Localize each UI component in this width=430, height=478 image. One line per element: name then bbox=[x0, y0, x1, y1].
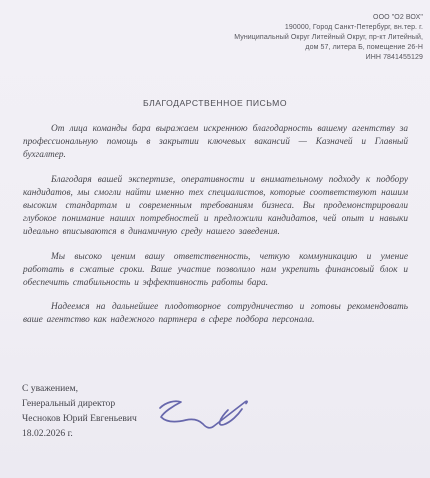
signature-block: С уважением, Генеральный директор Чеснок… bbox=[22, 381, 137, 441]
paragraph-expertise: Благодаря вашей экспертизе, оперативност… bbox=[23, 174, 408, 240]
sender-header: ООО "О2 ВОХ" 190000, Город Санкт-Петербу… bbox=[234, 13, 423, 63]
letter-page: ООО "О2 ВОХ" 190000, Город Санкт-Петербу… bbox=[0, 0, 430, 478]
sender-address-line: дом 57, литера Б, помещение 26-Н bbox=[234, 43, 423, 53]
sender-address-line: Муниципальный Округ Литейный Округ, пр-к… bbox=[234, 33, 423, 43]
paragraph-cooperation: Надеемся на дальнейшее плодотворное сотр… bbox=[23, 301, 408, 327]
signer-position: Генеральный директор bbox=[22, 396, 137, 411]
handwritten-signature-icon bbox=[148, 393, 268, 445]
signature-closing: С уважением, bbox=[22, 381, 137, 396]
letter-title: БЛАГОДАРСТВЕННОЕ ПИСЬМО bbox=[0, 98, 430, 108]
paragraph-gratitude: От лица команды бара выражаем искреннюю … bbox=[23, 123, 408, 163]
letter-body: От лица команды бара выражаем искреннюю … bbox=[23, 123, 408, 339]
sender-inn: ИНН 7841455129 bbox=[234, 53, 423, 63]
sender-address-line: 190000, Город Санкт-Петербург, вн.тер. г… bbox=[234, 23, 423, 33]
sender-company: ООО "О2 ВОХ" bbox=[234, 13, 423, 23]
signer-name: Чесноков Юрий Евгеньевич bbox=[22, 411, 137, 426]
paragraph-appreciation: Мы высоко ценим вашу ответственность, че… bbox=[23, 251, 408, 291]
signature-date: 18.02.2026 г. bbox=[22, 426, 137, 441]
